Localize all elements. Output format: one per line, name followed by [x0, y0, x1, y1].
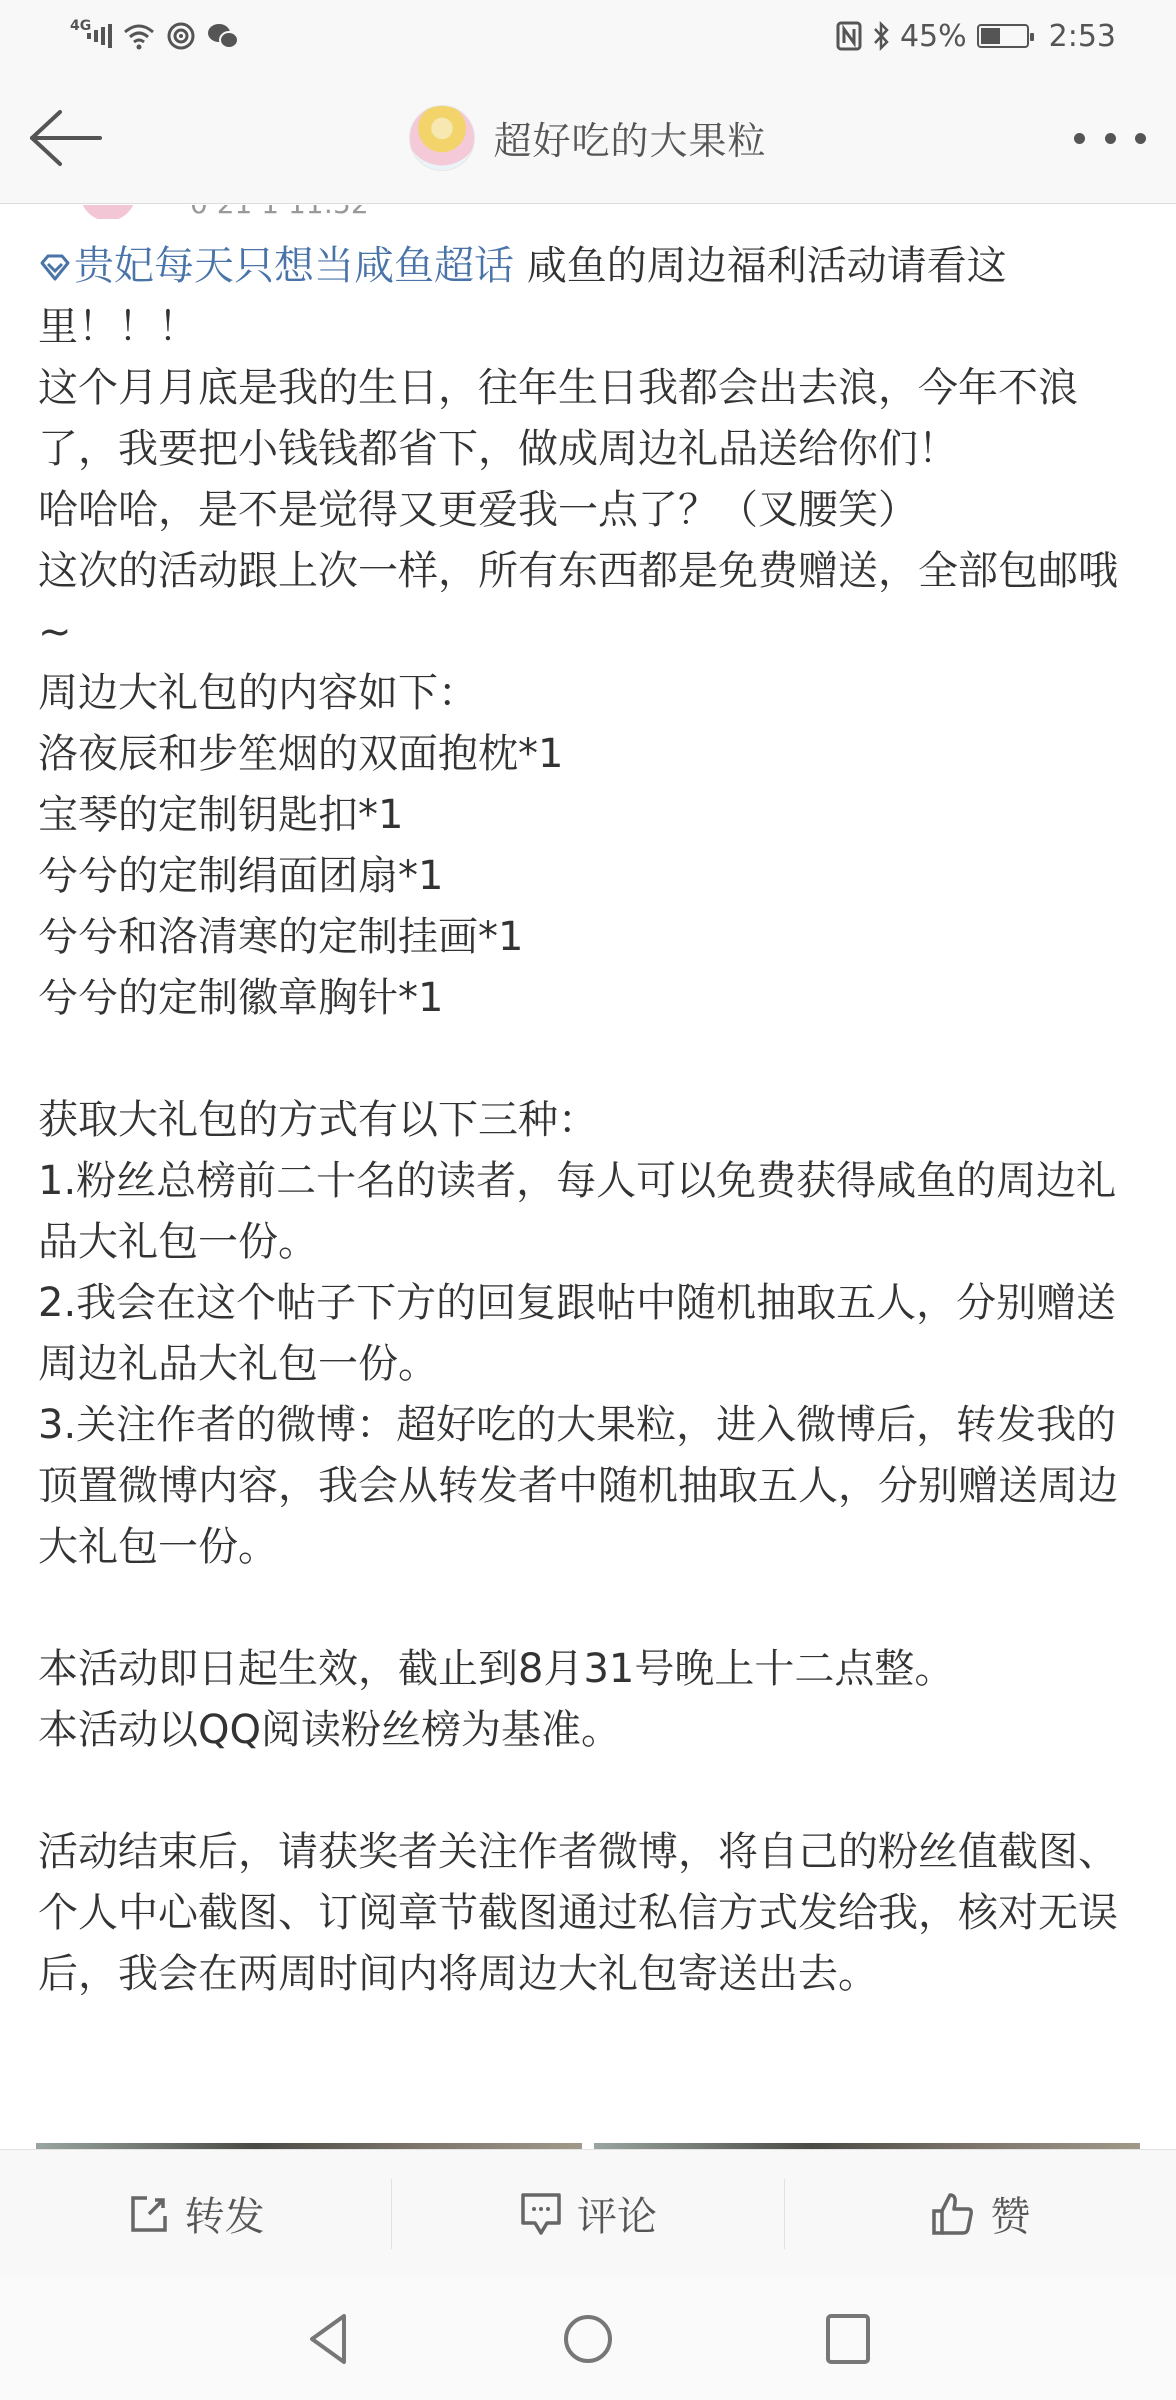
- header-user[interactable]: 超好吃的大果粒: [409, 105, 766, 171]
- nav-recents-button[interactable]: [818, 2309, 878, 2369]
- gift-item: 洛夜辰和步笙烟的双面抱枕*1: [38, 724, 1148, 785]
- page-title: 超好吃的大果粒: [493, 110, 766, 165]
- blank-line: [38, 1761, 1148, 1822]
- cellular-signal-icon: 4G: [70, 24, 112, 48]
- thumbs-up-icon: [930, 2191, 976, 2237]
- status-left: 4G: [70, 21, 240, 51]
- bluetooth-icon: [872, 21, 890, 51]
- action-bar: 转发 评论 赞: [0, 2149, 1176, 2277]
- topic-link[interactable]: 贵妃每天只想当咸鱼超话: [38, 243, 514, 289]
- more-dots-icon: [1074, 133, 1085, 144]
- more-button[interactable]: [1074, 118, 1146, 158]
- app-header: 超好吃的大果粒: [0, 72, 1176, 204]
- status-right: 45% 2:53: [836, 19, 1116, 54]
- method-item: 1.粉丝总榜前二十名的读者，每人可以免费获得咸鱼的周边礼品大礼包一份。: [38, 1151, 1148, 1273]
- gift-item: 兮兮的定制徽章胸针*1: [38, 968, 1148, 1029]
- post-paragraph: 这个月月底是我的生日，往年生日我都会出去浪，今年不浪了，我要把小钱钱都省下，做成…: [38, 358, 1148, 480]
- gift-item: 宝琴的定制钥匙扣*1: [38, 785, 1148, 846]
- post-paragraph: 获取大礼包的方式有以下三种：: [38, 1090, 1148, 1151]
- author-avatar: [80, 205, 136, 219]
- eye-icon: [166, 21, 196, 51]
- comment-label: 评论: [577, 2185, 657, 2242]
- topic-link-label: 贵妃每天只想当咸鱼超话: [74, 243, 514, 289]
- status-bar: 4G 45% 2:53: [0, 0, 1176, 72]
- wifi-icon: [122, 22, 156, 50]
- repost-button[interactable]: 转发: [0, 2179, 391, 2249]
- triangle-back-icon: [306, 2312, 350, 2366]
- back-button[interactable]: [28, 108, 104, 168]
- blank-line: [38, 1029, 1148, 1090]
- post-paragraph: 本活动以QQ阅读粉丝榜为基准。: [38, 1700, 1148, 1761]
- wechat-icon: [206, 21, 240, 51]
- post-paragraph: 活动结束后，请获奖者关注作者微博，将自己的粉丝值截图、个人中心截图、订阅章节截图…: [38, 1822, 1148, 2005]
- post-content: 贵妃每天只想当咸鱼超话 咸鱼的周边福利活动请看这里！！！ 这个月月底是我的生日，…: [38, 236, 1148, 2005]
- clock: 2:53: [1049, 19, 1116, 54]
- share-icon: [127, 2192, 171, 2236]
- system-nav-bar: [0, 2277, 1176, 2400]
- battery-percent: 45%: [900, 19, 967, 54]
- method-item: 3.关注作者的微博：超好吃的大果粒，进入微博后，转发我的顶置微博内容，我会从转发…: [38, 1395, 1148, 1578]
- post-paragraph: 哈哈哈，是不是觉得又更爱我一点了？（叉腰笑）: [38, 480, 1148, 541]
- diamond-icon: [38, 253, 72, 283]
- circle-home-icon: [561, 2312, 615, 2366]
- repost-label: 转发: [185, 2185, 265, 2242]
- post-paragraph: 这次的活动跟上次一样，所有东西都是免费赠送，全部包邮哦~: [38, 541, 1148, 663]
- post-paragraph: 周边大礼包的内容如下：: [38, 663, 1148, 724]
- network-type: 4G: [70, 18, 91, 34]
- blank-line: [38, 1578, 1148, 1639]
- avatar[interactable]: [409, 105, 475, 171]
- post-first-line: 贵妃每天只想当咸鱼超话 咸鱼的周边福利活动请看这里！！！: [38, 236, 1148, 358]
- nfc-icon: [836, 21, 862, 51]
- comment-button[interactable]: 评论: [392, 2179, 783, 2249]
- like-button[interactable]: 赞: [785, 2179, 1176, 2249]
- battery-icon: [977, 24, 1029, 48]
- nav-home-button[interactable]: [558, 2309, 618, 2369]
- arrow-left-icon: [28, 108, 104, 168]
- nav-back-button[interactable]: [298, 2309, 358, 2369]
- method-item: 2.我会在这个帖子下方的回复跟帖中随机抽取五人，分别赠送周边礼品大礼包一份。: [38, 1273, 1148, 1395]
- post-paragraph: 本活动即日起生效，截止到8月31号晚上十二点整。: [38, 1639, 1148, 1700]
- square-recents-icon: [824, 2312, 872, 2366]
- gift-item: 兮兮的定制绢面团扇*1: [38, 846, 1148, 907]
- comment-icon: [519, 2191, 563, 2237]
- gift-item: 兮兮和洛清寒的定制挂画*1: [38, 907, 1148, 968]
- post-timestamp: 0 21 1 11:52: [190, 205, 369, 219]
- like-label: 赞: [990, 2185, 1030, 2242]
- partial-author-row: 0 21 1 11:52: [80, 205, 480, 219]
